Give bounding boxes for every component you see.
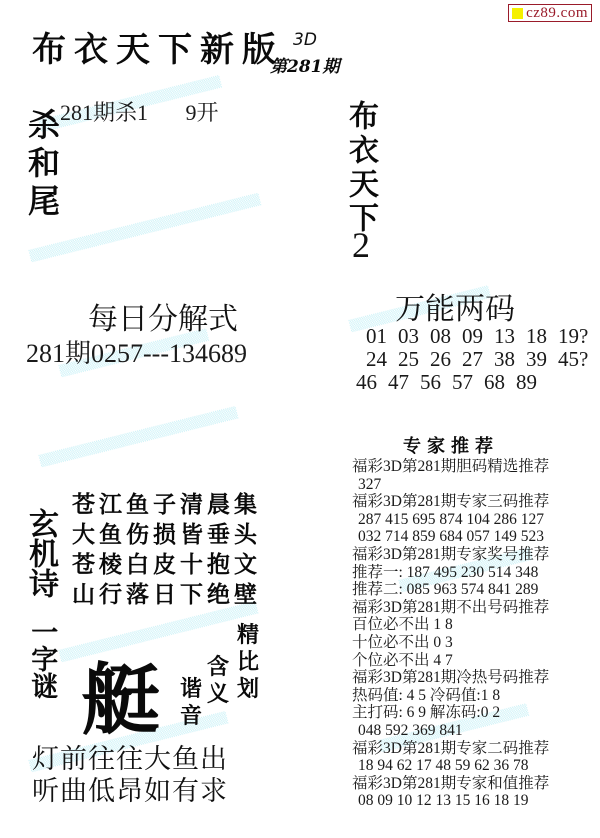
daily-value: 281期0257---134689 xyxy=(26,333,247,370)
hint-yin: 音 xyxy=(180,699,202,730)
poem-line: 苍江鱼子清晨集 xyxy=(72,490,261,520)
logo-square-icon xyxy=(512,8,523,19)
game-label: 3D xyxy=(293,30,317,50)
expert-title: 专家推荐 xyxy=(403,432,499,458)
kill-line: 281期杀1 9开 xyxy=(60,96,251,127)
code: 45? xyxy=(558,348,590,371)
expert-line: 热码值: 4 5 冷码值:1 8 xyxy=(352,687,600,705)
expert-line: 287 415 695 874 104 286 127 xyxy=(352,511,600,529)
expert-line: 推荐一: 187 495 230 514 348 xyxy=(352,564,600,582)
code: 27 xyxy=(462,348,494,371)
verse-line: 听曲低昂如有求 xyxy=(32,776,228,808)
expert-line: 个位必不出 4 7 xyxy=(352,652,600,670)
daily-title: 每日分解式 xyxy=(88,294,238,338)
wanneng-row: 464756576889 xyxy=(356,371,590,394)
code: 89 xyxy=(516,371,548,394)
expert-line: 福彩3D第281期专家二码推荐 xyxy=(352,740,600,758)
riddle-character: 艇 xyxy=(82,638,160,750)
verse-line: 灯前往往大鱼出 xyxy=(32,744,228,776)
poem-lines: 苍江鱼子清晨集 大鱼伤损皆垂头 苍棱白皮十抱文 山行落日下绝壁 xyxy=(72,490,261,610)
code: 24 xyxy=(366,348,398,371)
expert-line: 百位必不出 1 8 xyxy=(352,616,600,634)
verse: 灯前往往大鱼出 听曲低昂如有求 xyxy=(32,744,228,808)
kill-value: 281期杀1 xyxy=(60,100,148,125)
site-logo[interactable]: cz89.com xyxy=(508,4,592,22)
expert-line: 048 592 369 841 xyxy=(352,722,600,740)
logo-text: cz89.com xyxy=(526,5,588,21)
page-title: 布衣天下新版 xyxy=(32,22,284,71)
poem-line: 苍棱白皮十抱文 xyxy=(72,550,261,580)
expert-line: 327 xyxy=(352,476,600,494)
open-value: 9开 xyxy=(186,100,219,125)
code: 03 xyxy=(398,325,430,348)
expert-line: 08 09 10 12 13 15 16 18 19 xyxy=(352,792,600,810)
expert-line: 福彩3D第281期专家三码推荐 xyxy=(352,493,600,511)
expert-line: 十位必不出 0 3 xyxy=(352,634,600,652)
code: 46 xyxy=(356,371,388,394)
wanneng-grid: 01030809131819? 24252627383945? 46475657… xyxy=(356,325,590,394)
issue-label: 第281期 xyxy=(270,52,340,77)
code: 57 xyxy=(452,371,484,394)
code: 19? xyxy=(558,325,590,348)
code: 56 xyxy=(420,371,452,394)
expert-line: 福彩3D第281期专家奖号推荐 xyxy=(352,546,600,564)
code: 39 xyxy=(526,348,558,371)
riddle-side-label: 一字谜 xyxy=(26,618,56,699)
buyi-vertical-label: 布衣天下 xyxy=(345,100,375,236)
code: 26 xyxy=(430,348,462,371)
expert-line: 福彩3D第281期不出号码推荐 xyxy=(352,599,600,617)
poem-side-label: 玄机诗 xyxy=(24,508,57,598)
expert-line: 032 714 859 684 057 149 523 xyxy=(352,528,600,546)
watermark: ▒▒▒▒▒▒▒▒▒▒▒▒▒▒▒▒▒▒▒▒▒▒▒▒ xyxy=(38,406,238,468)
expert-line: 18 94 62 17 48 59 62 36 78 xyxy=(352,757,600,775)
poem-line: 山行落日下绝壁 xyxy=(72,580,261,610)
hint-hua: 划 xyxy=(237,672,259,703)
code: 01 xyxy=(366,325,398,348)
watermark: ▒▒▒▒▒▒▒▒▒▒▒▒▒▒▒▒▒▒▒▒▒▒▒▒▒▒▒▒ xyxy=(28,193,261,263)
poem-line: 大鱼伤损皆垂头 xyxy=(72,520,261,550)
wanneng-row: 24252627383945? xyxy=(356,348,590,371)
code: 08 xyxy=(430,325,462,348)
expert-line: 福彩3D第281期冷热号码推荐 xyxy=(352,669,600,687)
buyi-number: 2 xyxy=(352,224,370,266)
code: 13 xyxy=(494,325,526,348)
expert-line: 推荐二: 085 963 574 841 289 xyxy=(352,581,600,599)
expert-line: 主打码: 6 9 解冻码:0 2 xyxy=(352,704,600,722)
expert-line: 福彩3D第281期专家和值推荐 xyxy=(352,775,600,793)
expert-line: 福彩3D第281期胆码精选推荐 xyxy=(352,458,600,476)
code: 47 xyxy=(388,371,420,394)
code: 25 xyxy=(398,348,430,371)
code: 68 xyxy=(484,371,516,394)
code: 09 xyxy=(462,325,494,348)
kill-tail-label: 杀和尾 xyxy=(26,108,58,222)
wanneng-row: 01030809131819? xyxy=(356,325,590,348)
expert-list: 福彩3D第281期胆码精选推荐 327 福彩3D第281期专家三码推荐 287 … xyxy=(352,458,600,810)
wanneng-title: 万能两码 xyxy=(395,284,515,328)
code: 38 xyxy=(494,348,526,371)
code: 18 xyxy=(526,325,558,348)
hint-yi: 义 xyxy=(207,677,229,708)
